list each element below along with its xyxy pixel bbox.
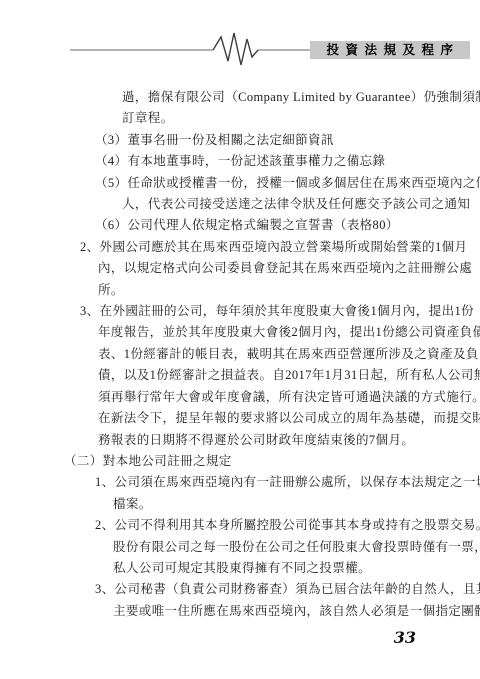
text-line: （4）有本地董事時，一份記述該董事權力之備忘錄 (95, 151, 480, 172)
text-line: 年度報告，並於其年度股東大會後2個月內，提出1份總公司資產負債 (98, 322, 480, 343)
text-line: 內，以規定格式向公司委員會登記其在馬來西亞境內之註冊辦公處 (98, 258, 480, 279)
text-line: 檔案。 (113, 494, 480, 515)
section-title-badge: 投資法規及程序 (310, 41, 470, 59)
text-line: 務報表的日期將不得遲於公司財政年度結束後的7個月。 (98, 430, 480, 451)
text-line: 私人公司可規定其股東得擁有不同之投票權。 (113, 558, 480, 579)
text-line: （3）董事名冊一份及相關之法定細節資訊 (95, 130, 480, 151)
text-line: 表、1份經審計的帳目表，載明其在馬來西亞營運所涉及之資產及負 (98, 344, 480, 365)
text-line: 主要或唯一住所應在馬來西亞境內，該自然人必須是一個指定團體的 (113, 601, 480, 622)
text-line: 所。 (98, 280, 480, 301)
text-line: 人，代表公司接受送達之法律令狀及任何應交予該公司之通知 (122, 194, 480, 215)
document-body: 過，擔保有限公司（Company Limited by Guarantee）仍強… (0, 87, 480, 622)
ecg-zigzag-rule-icon (0, 0, 480, 70)
text-line: 在新法令下，提呈年報的要求將以公司成立的周年為基礎，而提交財 (98, 408, 480, 429)
text-line: 股份有限公司之每一股份在公司之任何股東大會投票時僅有一票，但 (113, 537, 480, 558)
text-line: 訂章程。 (122, 108, 480, 129)
text-line: （6）公司代理人依規定格式編製之宣誓書（表格80） (95, 215, 480, 236)
text-line: 2、公司不得利用其本身所屬控股公司從事其本身或持有之股票交易。 (95, 515, 480, 536)
text-line: 須再舉行常年大會或年度會議，所有決定皆可通過決議的方式施行。 (98, 387, 480, 408)
text-line: 債，以及1份經審計之損益表。自2017年1月31日起，所有私人公司無 (98, 365, 480, 386)
text-line: 過，擔保有限公司（Company Limited by Guarantee）仍強… (122, 87, 480, 108)
text-line: （二）對本地公司註冊之規定 (64, 451, 480, 472)
text-line: 3、在外國註冊的公司，每年須於其年度股東大會後1個月內，提出1份 (80, 301, 480, 322)
text-line: 2、外國公司應於其在馬來西亞境內設立營業場所或開始營業的1個月 (80, 237, 480, 258)
text-line: 1、公司須在馬來西亞境內有一註冊辦公處所，以保存本法規定之一切 (95, 472, 480, 493)
text-line: 3、公司秘書（負責公司財務審查）須為已屆合法年齡的自然人，且其 (95, 579, 480, 600)
page-number: 33 (394, 628, 416, 647)
document-page: 投資法規及程序 過，擔保有限公司（Company Limited by Guar… (0, 0, 480, 679)
text-line: （5）任命狀或授權書一份，授權一個或多個居住在馬來西亞境內之個 (95, 173, 480, 194)
page-header: 投資法規及程序 (0, 0, 480, 70)
